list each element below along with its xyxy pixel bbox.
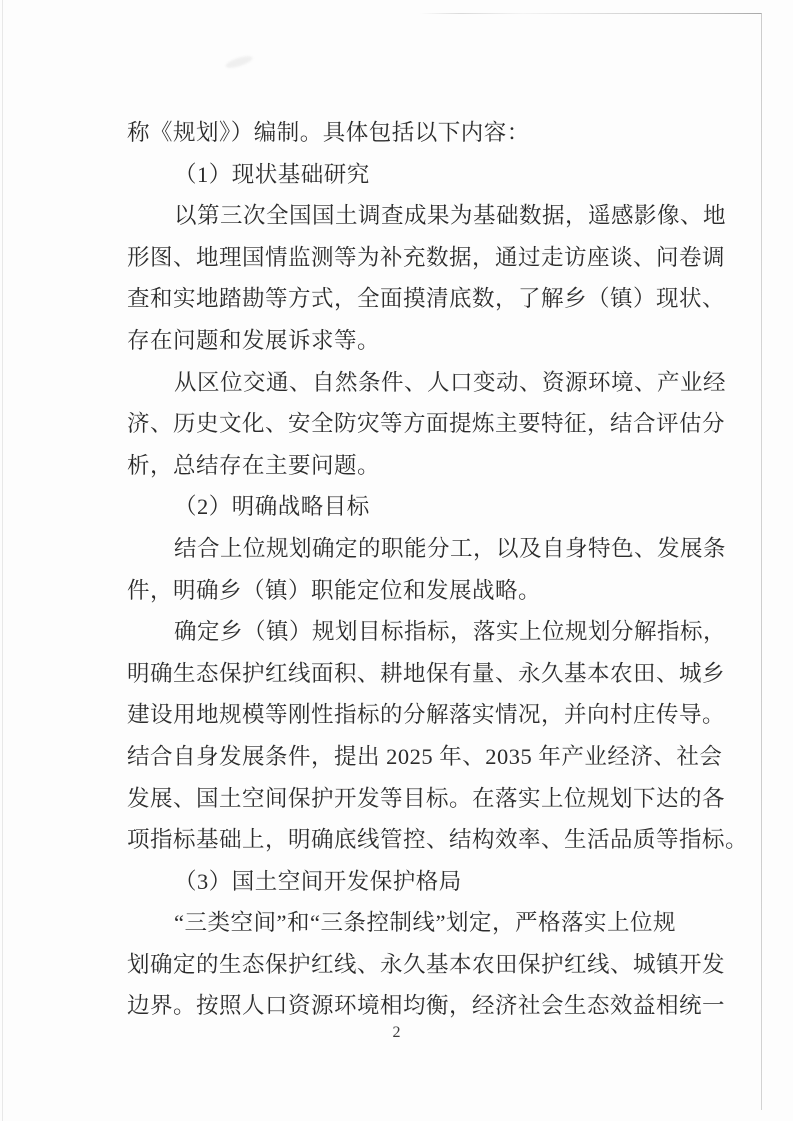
text-line: 划确定的生态保护红线、永久基本农田保护红线、城镇开发 [127, 944, 683, 986]
scan-edge-left-line [2, 0, 3, 1121]
text-line: 查和实地踏勘等方式，全面摸清底数，了解乡（镇）现状、 [127, 278, 683, 320]
text-line: 项指标基础上，明确底线管控、结构效率、生活品质等指标。 [127, 819, 683, 861]
text-line: 发展、国土空间保护开发等目标。在落实上位规划下达的各 [127, 778, 683, 820]
text-line: （1）现状基础研究 [127, 154, 683, 196]
text-line: 以第三次全国国土调查成果为基础数据，遥感影像、地 [127, 195, 683, 237]
scan-edge-right-line [761, 13, 762, 1110]
text-line: 从区位交通、自然条件、人口变动、资源环境、产业经 [127, 362, 683, 404]
text-line: （3）国土空间开发保护格局 [127, 861, 683, 903]
text-line: 形图、地理国情监测等为补充数据，通过走访座谈、问卷调 [127, 237, 683, 279]
text-line: 称《规划》）编制。具体包括以下内容： [127, 112, 683, 154]
text-line: 存在问题和发展诉求等。 [127, 320, 683, 362]
text-line: “三类空间”和“三条控制线”划定，严格落实上位规 [127, 902, 683, 944]
text-lines: 称《规划》）编制。具体包括以下内容：（1）现状基础研究以第三次全国国土调查成果为… [127, 112, 683, 1027]
text-line: 结合自身发展条件，提出 2025 年、2035 年产业经济、社会 [127, 736, 683, 778]
text-line: 件，明确乡（镇）职能定位和发展战略。 [127, 570, 683, 612]
text-line: 析，总结存在主要问题。 [127, 445, 683, 487]
text-line: 明确生态保护红线面积、耕地保有量、永久基本农田、城乡 [127, 653, 683, 695]
scan-edge-top-line [420, 13, 762, 14]
text-line: （2）明确战略目标 [127, 486, 683, 528]
scan-smudge [224, 54, 253, 70]
scanned-page: 称《规划》）编制。具体包括以下内容：（1）现状基础研究以第三次全国国土调查成果为… [0, 0, 793, 1121]
text-line: 边界。按照人口资源环境相均衡，经济社会生态效益相统一 [127, 985, 683, 1027]
text-line: 建设用地规模等刚性指标的分解落实情况，并向村庄传导。 [127, 694, 683, 736]
text-line: 结合上位规划确定的职能分工，以及自身特色、发展条 [127, 528, 683, 570]
text-line: 济、历史文化、安全防灾等方面提炼主要特征，结合评估分 [127, 403, 683, 445]
page-number: 2 [0, 1024, 793, 1042]
text-line: 确定乡（镇）规划目标指标，落实上位规划分解指标， [127, 611, 683, 653]
